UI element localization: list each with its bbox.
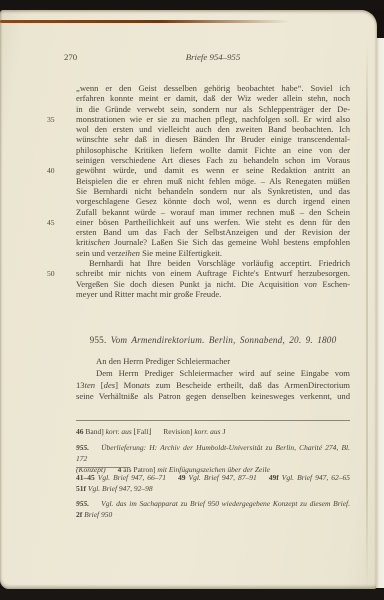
text-line: wünschte sehr daß in diesen Bänden Ihr B… [76,134,350,144]
text-segment: An den Herrn Prediger Schleiermacher [96,356,230,366]
text-segment: des [104,380,115,390]
text-segment: ⌊Fall⌋ [132,427,151,436]
text-line: 50schreibt mir nichts von einem Auftrage… [76,268,350,278]
text-segment: 955. [90,335,111,345]
text-segment: Journale? Laßen Sie Sich das gemeine Woh… [110,237,350,247]
text-segment: 13 [76,380,85,390]
text-segment: erfahren konnte meint er damit, daß der … [76,93,350,103]
text-segment: Sie meine Eilfertigkeit. [140,248,222,258]
text-line: Bernhardi hat Ihre beiden Vorschläge vor… [76,258,350,268]
text-line: seinigen verschiedene Art dieses Fach zu… [76,155,350,165]
text-segment: Vergeßen Sie doch diesen Punkt ja nicht.… [76,279,308,289]
text-segment: zum Bescheide ertheilt, daß das ArmenDir… [150,380,350,390]
scan-edge-bottom [0,589,384,600]
text-segment: Dem Herrn Prediger Schleiermacher wird a… [96,368,350,378]
text-line: Zufall bekannt würde – worauf man immer … [76,207,350,217]
text-line: 51f Vgl. Brief 947, 92–98 [76,483,350,494]
margin-line-number: 50 [47,269,64,279]
running-title: Briefe 954–955 [76,52,350,62]
text-segment: gewöhnt würde, und damit es wenn er sein… [76,165,350,175]
text-segment: 955. [76,443,89,452]
text-segment: seine Verhältniße als Patron gegen dense… [76,391,350,401]
text-line: vorgeschlagene Gesez könnte doch wol, we… [76,196,350,206]
text-line: wol den ersten und vielleicht auch den z… [76,124,350,134]
text-line: erfahren konnte meint er damit, daß der … [76,93,350,103]
text-line: An den Herrn Prediger Schleiermacher [76,356,350,366]
text-segment: einer bösen Partheilichkeit auf uns werf… [76,217,350,227]
text-segment: ] Mon [115,380,140,390]
text-line: kritischen Journale? Laßen Sie Sich das … [76,237,350,247]
text-line: 45einer bösen Partheilichkeit auf uns we… [76,217,350,227]
text-segment: J [221,427,226,436]
text-segment: 51f [76,484,86,493]
letter-955-salutation: An den Herrn Prediger Schleiermacher [76,356,350,366]
margin-line-number: 45 [47,218,64,228]
text-segment: 46 [76,427,84,436]
apparatus-references: 41–45 Vgl. Brief 947, 66–7149 Vgl. Brief… [76,472,350,494]
text-line: 40gewöhnt würde, und damit es wenn er se… [76,165,350,175]
apparatus-variants: 46 Band] korr. aus ⌊Fall⌋Revision] korr.… [76,426,350,437]
text-segment: 41–45 [76,473,95,482]
text-segment: ersten Band um das Fach der SelbstAnzeig… [76,227,350,237]
text-line: 35monstrationen wie er sie zu machen pfl… [76,114,350,124]
apparatus-ueberlieferung: 955.Überlieferung: H: Archiv der Humbold… [76,442,350,475]
text-line: in die Gründe verwebt sein, sondern nur … [76,104,350,114]
adjacent-page-edge [376,38,384,588]
text-segment: Eschen- [317,279,350,289]
margin-line-number: 40 [47,166,64,176]
text-line: 955.Überlieferung: H: Archiv der Humbold… [76,442,350,464]
text-segment: wol den ersten und vielleicht auch den z… [76,124,350,134]
text-segment: monstrationen wie er sie zu machen pfleg… [76,114,350,124]
text-line: 955. Vom Armendirektorium. Berlin, Sonna… [76,335,350,345]
text-line: 13ten [des] Monats zum Bescheide ertheil… [76,380,350,392]
text-line: Sie Bernhardi nicht behandeln sondern nu… [76,186,350,196]
text-segment: ten [85,380,96,390]
text-segment: Überlieferung: H: Archiv der Humboldt-Un… [76,443,350,463]
book-page: 270 Briefe 954–955 „wenn er den Geist de… [0,10,377,589]
scanned-book-page: { "header": { "page_number": "270", "run… [0,0,384,600]
page-content: 270 Briefe 954–955 „wenn er den Geist de… [76,10,350,589]
text-segment: korr. aus [106,427,132,436]
text-line: meyer und Ritter macht mir große Freude. [76,289,350,299]
text-line: 955.Vgl. das im Sachapparat zu Brief 950… [76,498,350,509]
text-segment: Band] [84,427,106,436]
scan-edge-top [0,0,384,10]
text-segment: 49f [269,473,279,482]
text-segment: zeihen [118,248,140,258]
reference-rule [76,467,130,468]
text-segment: Zufall bekannt würde – worauf man immer … [76,207,350,217]
text-segment: on [308,279,317,289]
apparatus-sachapparat: 955.Vgl. das im Sachapparat zu Brief 950… [76,498,350,520]
text-segment: Revision] [163,427,194,436]
text-segment: krit [76,237,88,247]
text-segment: meyer und Ritter macht mir große Freude. [76,289,221,299]
text-segment: philosophische Kritiken liefern wollte d… [76,145,350,155]
text-line: Beispielen die er ehren muß nicht fehlen… [76,176,350,186]
text-segment: 49 [178,473,186,482]
text-segment: korr. aus [194,427,220,436]
text-segment: ischen [88,237,110,247]
text-segment: „wenn er den Geist desselben gehörig beo… [76,83,350,93]
text-segment: Vgl. Brief 947, 87–91 [186,473,257,482]
text-segment: [ [95,380,104,390]
text-segment: in die Gründe verwebt sein, sondern nur … [76,104,350,114]
text-segment: Vgl. Brief 947, 92–98 [86,484,153,493]
margin-line-number: 35 [47,115,64,125]
text-line: ersten Band um das Fach der SelbstAnzeig… [76,227,350,237]
text-segment: Vgl. das im Sachapparat zu Brief 950 wie… [101,499,350,508]
text-segment: Brief 950 [82,510,112,519]
text-line: 2f Brief 950 [76,509,350,520]
text-line: „wenn er den Geist desselben gehörig beo… [76,83,350,93]
text-segment: 955. [76,499,89,508]
text-segment: sein und ver [76,248,118,258]
text-segment: Vom Armendirektorium. Berlin, Sonnabend,… [111,335,337,345]
letter-955-text: Dem Herrn Prediger Schleiermacher wird a… [76,368,350,403]
text-segment: Vgl. Brief 947, 62–65 [279,473,350,482]
text-segment: ats [140,380,150,390]
footnote-rule [76,420,350,421]
text-segment: seinigen verschiedene Art dieses Fach zu… [76,155,350,165]
text-line: 46 Band] korr. aus ⌊Fall⌋Revision] korr.… [76,426,350,437]
text-line: Vergeßen Sie doch diesen Punkt ja nicht.… [76,279,350,289]
text-segment: Bernhardi hat Ihre beiden Vorschläge vor… [89,258,350,268]
letter-954-text: „wenn er den Geist desselben gehörig beo… [76,83,350,299]
text-segment: schreibt mir nichts von einem Auftrage F… [76,268,350,278]
text-segment: Sie Bernhardi nicht behandeln sondern nu… [76,186,350,196]
text-segment: wünschte sehr daß in diesen Bänden Ihr B… [76,134,350,144]
text-segment: Beispielen die er ehren muß nicht fehlen… [76,176,350,186]
text-line: philosophische Kritiken liefern wollte d… [76,145,350,155]
text-line: 41–45 Vgl. Brief 947, 66–7149 Vgl. Brief… [76,472,350,483]
text-line: Dem Herrn Prediger Schleiermacher wird a… [76,368,350,380]
letter-955-heading: 955. Vom Armendirektorium. Berlin, Sonna… [76,335,350,345]
text-segment: Vgl. Brief 947, 66–71 [95,473,166,482]
page-crease [366,40,368,596]
text-line: sein und verzeihen Sie meine Eilfertigke… [76,248,350,258]
text-line: seine Verhältniße als Patron gegen dense… [76,391,350,403]
text-segment: vorgeschlagene Gesez könnte doch wol, we… [76,196,350,206]
